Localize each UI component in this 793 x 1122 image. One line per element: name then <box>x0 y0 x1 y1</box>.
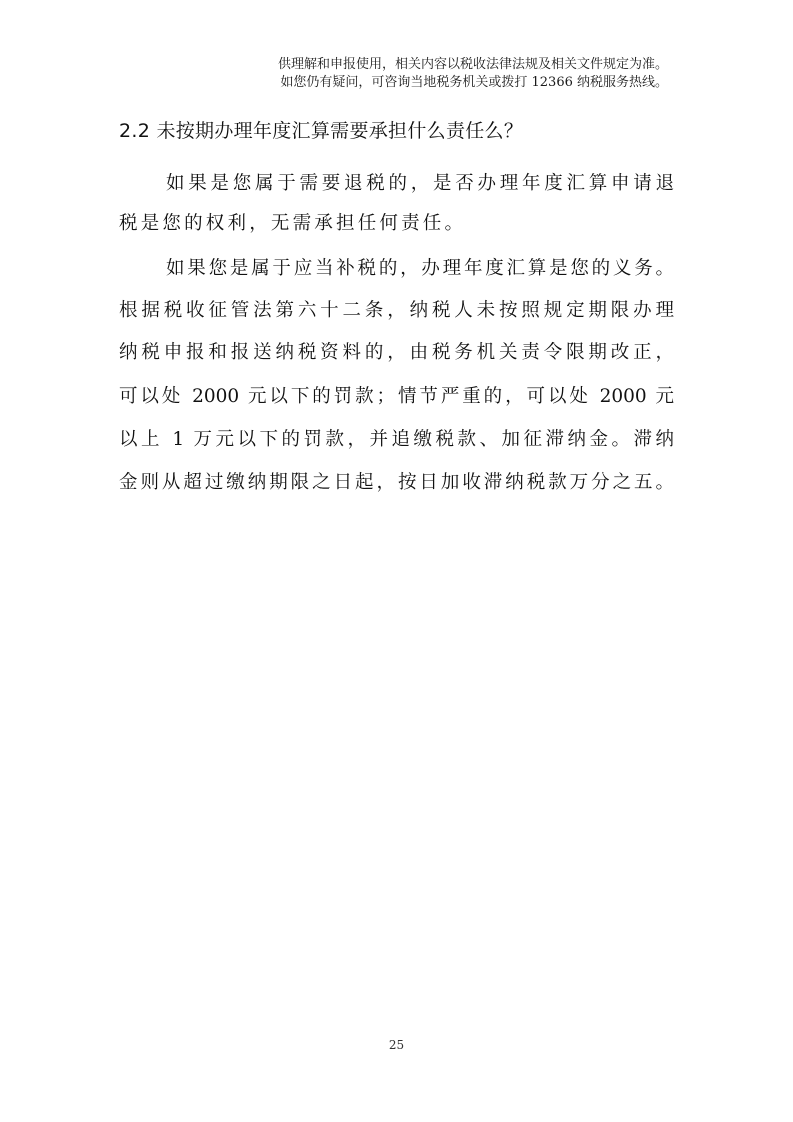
paragraph-2-line-1: 如果您是属于应当补税的，办理年度汇算是您的义务。 <box>166 257 674 281</box>
paragraph-1-line-1: 如果是您属于需要退税的，是否办理年度汇算申请退 <box>166 172 674 196</box>
paragraph-2-line-5: 以上 1 万元以下的罚款，并追缴税款、加征滞纳金。滞纳 <box>119 428 674 452</box>
paragraph-1-line-2: 税是您的权利，无需承担任何责任。 <box>119 212 674 236</box>
header-disclaimer-line-2: 如您仍有疑问，可咨询当地税务机关或拨打 12366 纳税服务热线。 <box>280 75 668 91</box>
paragraph-2-line-2: 根据税收征管法第六十二条，纳税人未按照规定期限办理 <box>119 299 674 323</box>
section-heading: 2.2 未按期办理年度汇算需要承担什么责任么？ <box>119 119 523 143</box>
header-disclaimer-line-1: 供理解和申报使用，相关内容以税收法律法规及相关文件规定为准。 <box>278 57 668 73</box>
paragraph-2-line-6: 金则从超过缴纳期限之日起，按日加收滞纳税款万分之五。 <box>119 471 674 495</box>
document-page: 供理解和申报使用，相关内容以税收法律法规及相关文件规定为准。 如您仍有疑问，可咨… <box>0 0 793 1122</box>
paragraph-2-line-4: 可以处 2000 元以下的罚款；情节严重的，可以处 2000 元 <box>119 385 674 409</box>
page-number: 25 <box>0 1038 793 1052</box>
paragraph-2-line-3: 纳税申报和报送纳税资料的，由税务机关责令限期改正， <box>119 341 674 365</box>
